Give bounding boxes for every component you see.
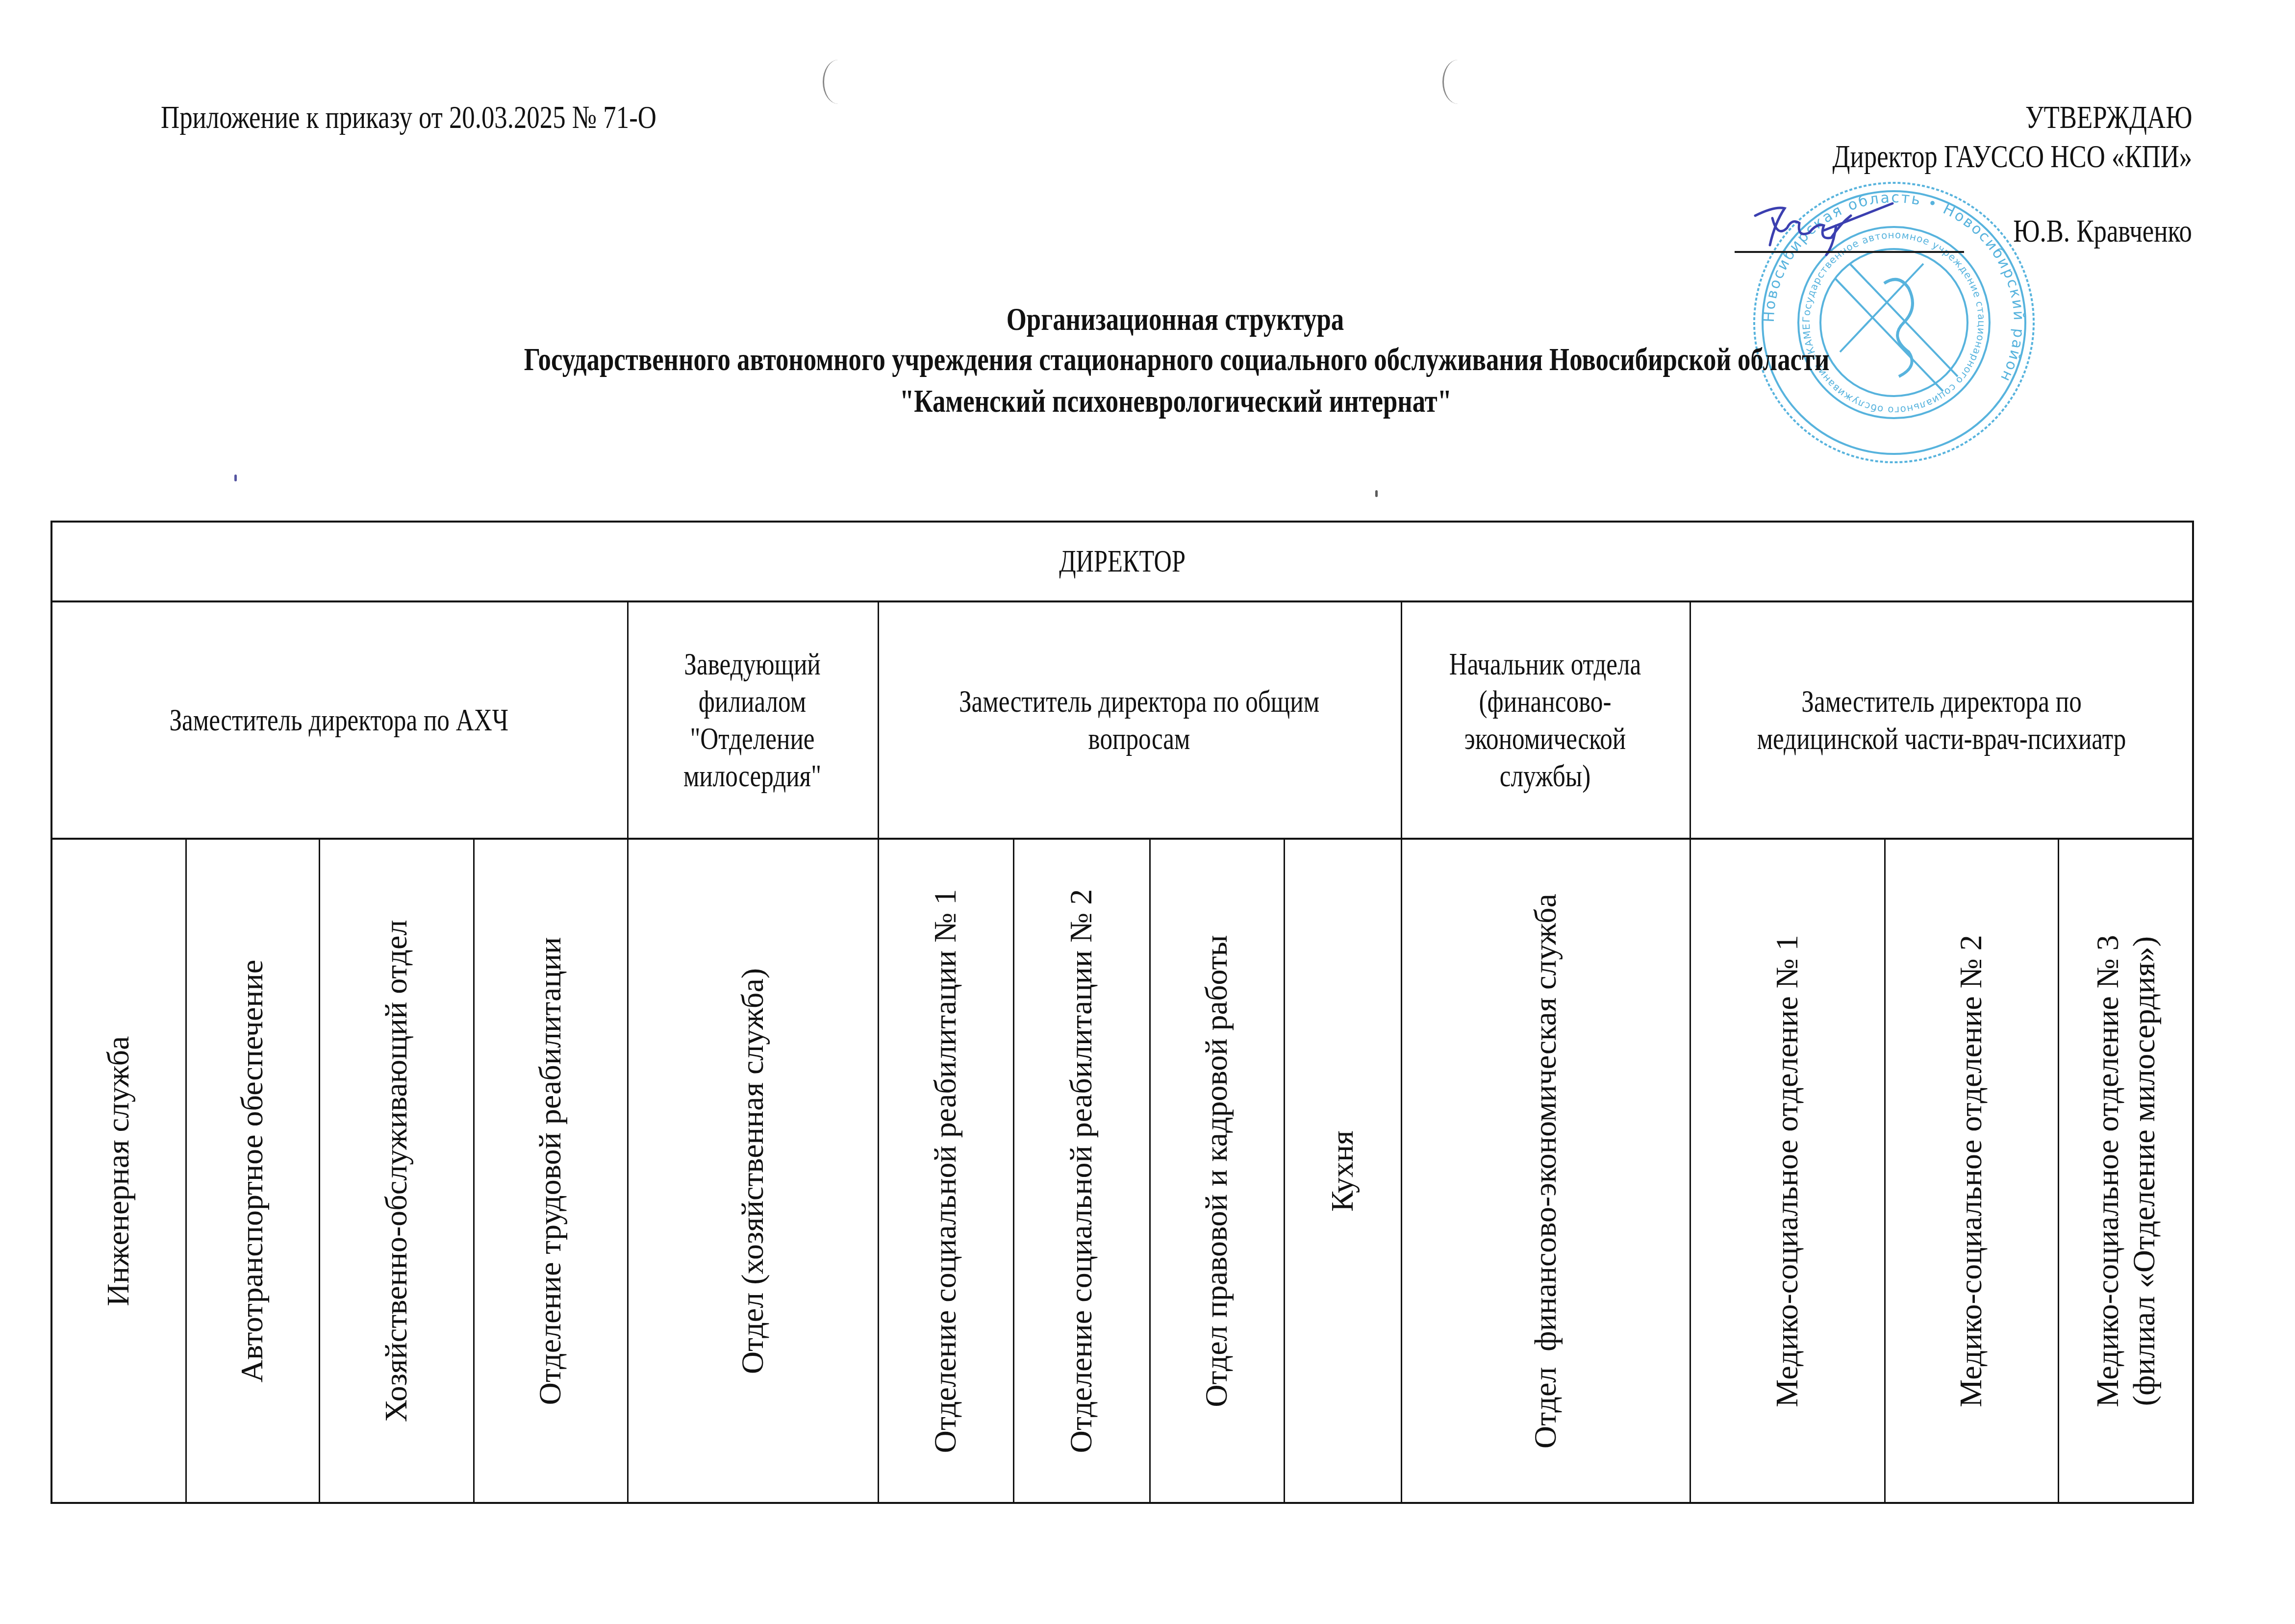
scan-speck bbox=[1375, 490, 1378, 497]
deputy-cell: Заместитель директора по общим вопросам bbox=[878, 602, 1401, 838]
table-column-divider bbox=[878, 602, 879, 838]
table-column-divider bbox=[1690, 602, 1691, 838]
deputy-label: Заместитель директора по общим вопросам bbox=[930, 683, 1349, 757]
unit-label: Отдел финансово-экономическая служба bbox=[1527, 894, 1564, 1449]
unit-label: Отделение социальной реабилитации № 2 bbox=[1063, 889, 1099, 1453]
unit-cell: Медико-социальное отделение № 2 bbox=[1884, 840, 2058, 1502]
table-column-divider bbox=[1013, 840, 1014, 1502]
document-title: Организационная структура bbox=[234, 300, 2117, 339]
unit-cell: Хозяйственно-обслуживающий отдел bbox=[319, 840, 473, 1502]
table-column-divider bbox=[878, 840, 879, 1502]
organization-short-name: "Каменский психоневрологический интернат… bbox=[234, 382, 2117, 421]
table-column-divider bbox=[319, 840, 320, 1502]
unit-cell: Отделение социальной реабилитации № 1 bbox=[878, 840, 1013, 1502]
unit-cell: Автотранспортное обеспечение bbox=[185, 840, 319, 1502]
table-column-divider bbox=[1401, 602, 1402, 838]
unit-label: Отделение трудовой реабилитации bbox=[532, 937, 568, 1405]
unit-label: Медико-социальное отделение № 1 bbox=[1769, 935, 1805, 1407]
unit-label: Кухня bbox=[1324, 1130, 1361, 1212]
unit-label: Отделение социальной реабилитации № 1 bbox=[927, 889, 963, 1453]
deputy-cell: Начальник отдела (финансово-экономическо… bbox=[1401, 602, 1690, 838]
unit-label: Хозяйственно-обслуживающий отдел bbox=[378, 920, 414, 1422]
deputy-label: Заведующий филиалом "Отделение милосерди… bbox=[652, 646, 853, 795]
order-annex-reference: Приложение к приказу от 20.03.2025 № 71-… bbox=[161, 98, 656, 137]
table-column-divider bbox=[1690, 840, 1691, 1502]
director-cell: ДИРЕКТОР bbox=[52, 523, 2192, 600]
unit-cell: Отделение трудовой реабилитации bbox=[473, 840, 627, 1502]
table-column-divider bbox=[2058, 840, 2059, 1502]
signatory-name: Ю.В. Кравченко bbox=[2013, 212, 2192, 251]
unit-cell: Отдел финансово-экономическая служба bbox=[1401, 840, 1690, 1502]
scan-punch-mark bbox=[1442, 60, 1473, 104]
org-structure-table: ДИРЕКТОР Заместитель директора по АХЧЗав… bbox=[50, 521, 2194, 1504]
deputy-label: Заместитель директора по медицинской час… bbox=[1740, 683, 2143, 757]
table-column-divider bbox=[627, 840, 629, 1502]
table-column-divider bbox=[473, 840, 475, 1502]
unit-cell: Инженерная служба bbox=[50, 840, 185, 1502]
deputy-cell: Заведующий филиалом "Отделение милосерди… bbox=[627, 602, 878, 838]
table-column-divider bbox=[627, 602, 629, 838]
table-column-divider bbox=[1401, 840, 1402, 1502]
scan-speck bbox=[234, 475, 237, 481]
unit-label: Медико-социальное отделение № 3 (филиал … bbox=[2090, 935, 2162, 1407]
deputy-cell: Заместитель директора по АХЧ bbox=[50, 602, 627, 838]
scan-punch-mark bbox=[823, 60, 854, 104]
deputy-label: Начальник отдела (финансово-экономическо… bbox=[1430, 646, 1661, 795]
unit-cell: Отделение социальной реабилитации № 2 bbox=[1013, 840, 1149, 1502]
unit-label: Автотранспортное обеспечение bbox=[234, 959, 270, 1382]
unit-label: Отдел правовой и кадровой работы bbox=[1198, 935, 1235, 1407]
signature-line bbox=[1735, 251, 1964, 253]
unit-cell: Отдел (хозяйственная служба) bbox=[627, 840, 878, 1502]
unit-cell: Отдел правовой и кадровой работы bbox=[1149, 840, 1284, 1502]
table-column-divider bbox=[185, 840, 187, 1502]
deputy-label: Заместитель директора по АХЧ bbox=[167, 701, 510, 739]
unit-label: Инженерная служба bbox=[100, 1036, 136, 1306]
table-column-divider bbox=[1284, 840, 1285, 1502]
approval-label: УТВЕРЖДАЮ bbox=[2025, 98, 2192, 137]
deputy-cell: Заместитель директора по медицинской час… bbox=[1690, 602, 2194, 838]
approver-position: Директор ГАУССО НСО «КПИ» bbox=[1832, 137, 2192, 176]
unit-cell: Кухня bbox=[1284, 840, 1401, 1502]
table-column-divider bbox=[1149, 840, 1151, 1502]
unit-cell: Медико-социальное отделение № 1 bbox=[1690, 840, 1884, 1502]
unit-cell: Медико-социальное отделение № 3 (филиал … bbox=[2058, 840, 2194, 1502]
unit-label: Отдел (хозяйственная служба) bbox=[734, 968, 771, 1374]
organization-name: Государственного автономного учреждения … bbox=[235, 340, 2118, 379]
table-column-divider bbox=[1884, 840, 1886, 1502]
director-label: ДИРЕКТОР bbox=[1059, 544, 1185, 579]
handwritten-signature-icon bbox=[1750, 196, 1912, 260]
unit-label: Медико-социальное отделение № 2 bbox=[1953, 935, 1989, 1407]
